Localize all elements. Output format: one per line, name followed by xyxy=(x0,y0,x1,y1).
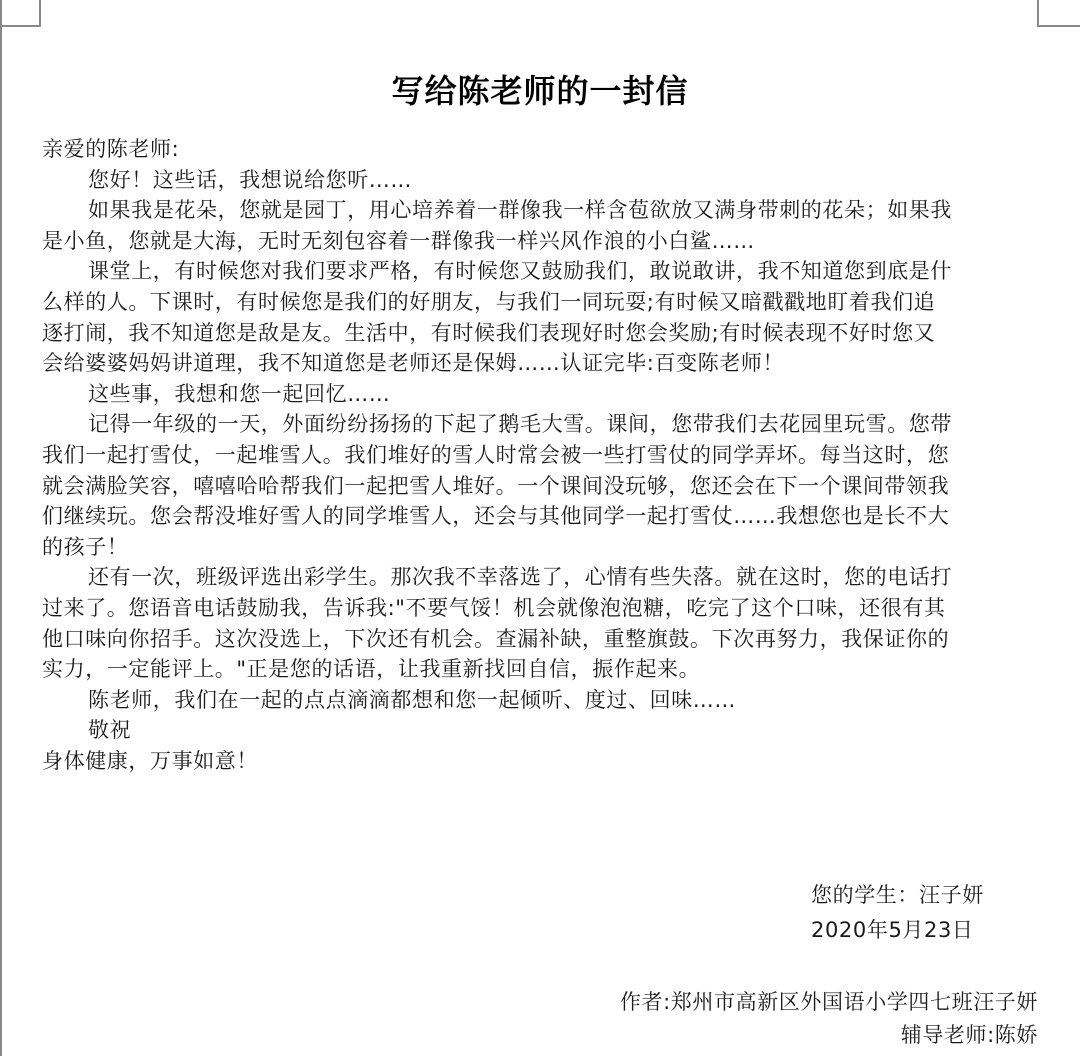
crop-mark-top-left xyxy=(0,0,41,27)
letter-line: 我们一起打雪仗，一起堆雪人。我们堆好的雪人时常会被一些打雪仗的同学弄坏。每当这时… xyxy=(42,440,1037,471)
letter-title: 写给陈老师的一封信 xyxy=(0,66,1080,112)
salutation: 亲爱的陈老师: xyxy=(42,134,1037,165)
signature-student: 您的学生：汪子妍 xyxy=(811,879,984,909)
letter-line: 这些事，我想和您一起回忆…… xyxy=(42,379,1037,410)
letter-line: 您好！这些话，我想说给您听…… xyxy=(42,165,1037,196)
crop-mark-top-right xyxy=(1037,0,1080,27)
letter-line: 过来了。您语音电话鼓励我，告诉我:"不要气馁！机会就像泡泡糖，吃完了这个口味，还… xyxy=(42,593,1037,624)
footer-author: 作者:郑州市高新区外国语小学四七班汪子妍 xyxy=(620,986,1038,1016)
letter-line: 么样的人。下课时，有时候您是我们的好朋友，与我们一同玩耍;有时候又暗戳戳地盯着我… xyxy=(42,287,1037,318)
letter-line: 如果我是花朵，您就是园丁，用心培养着一群像我一样含苞欲放又满身带刺的花朵；如果我 xyxy=(42,195,1037,226)
letter-line: 身体健康，万事如意！ xyxy=(42,746,1037,777)
letter-line: 们继续玩。您会帮没堆好雪人的同学堆雪人，还会与其他同学一起打雪仗……我想您也是长… xyxy=(42,501,1037,532)
letter-body: 亲爱的陈老师: 您好！这些话，我想说给您听……如果我是花朵，您就是园丁，用心培养… xyxy=(42,134,1037,776)
letter-line: 就会满脸笑容，嘻嘻哈哈帮我们一起把雪人堆好。一个课间没玩够，您还会在下一个课间带… xyxy=(42,471,1037,502)
letter-line: 课堂上，有时候您对我们要求严格，有时候您又鼓励我们，敢说敢讲，我不知道您到底是什 xyxy=(42,256,1037,287)
letter-line: 他口味向你招手。这次没选上，下次还有机会。查漏补缺，重整旗鼓。下次再努力，我保证… xyxy=(42,624,1037,655)
letter-line: 是小鱼，您就是大海，无时无刻包容着一群像我一样兴风作浪的小白鲨…… xyxy=(42,226,1037,257)
letter-line: 实力，一定能评上。"正是您的话语，让我重新找回自信，振作起来。 xyxy=(42,654,1037,685)
letter-line: 陈老师，我们在一起的点点滴滴都想和您一起倾听、度过、回味…… xyxy=(42,685,1037,716)
signature-date: 2020年5月23日 xyxy=(811,914,974,944)
letter-line: 还有一次，班级评选出彩学生。那次我不幸落选了，心情有些失落。就在这时，您的电话打 xyxy=(42,562,1037,593)
footer-tutor: 辅导老师:陈娇 xyxy=(901,1019,1038,1049)
page-left-edge xyxy=(0,0,2,1056)
letter-line: 记得一年级的一天，外面纷纷扬扬的下起了鹅毛大雪。课间，您带我们去花园里玩雪。您带 xyxy=(42,409,1037,440)
letter-line: 会给婆婆妈妈讲道理，我不知道您是老师还是保姆……认证完毕:百变陈老师！ xyxy=(42,348,1037,379)
letter-line: 的孩子！ xyxy=(42,532,1037,563)
letter-line: 敬祝 xyxy=(42,715,1037,746)
letter-lines: 您好！这些话，我想说给您听……如果我是花朵，您就是园丁，用心培养着一群像我一样含… xyxy=(42,165,1037,777)
letter-line: 逐打闹，我不知道您是敌是友。生活中，有时候我们表现好时您会奖励;有时候表现不好时… xyxy=(42,318,1037,349)
